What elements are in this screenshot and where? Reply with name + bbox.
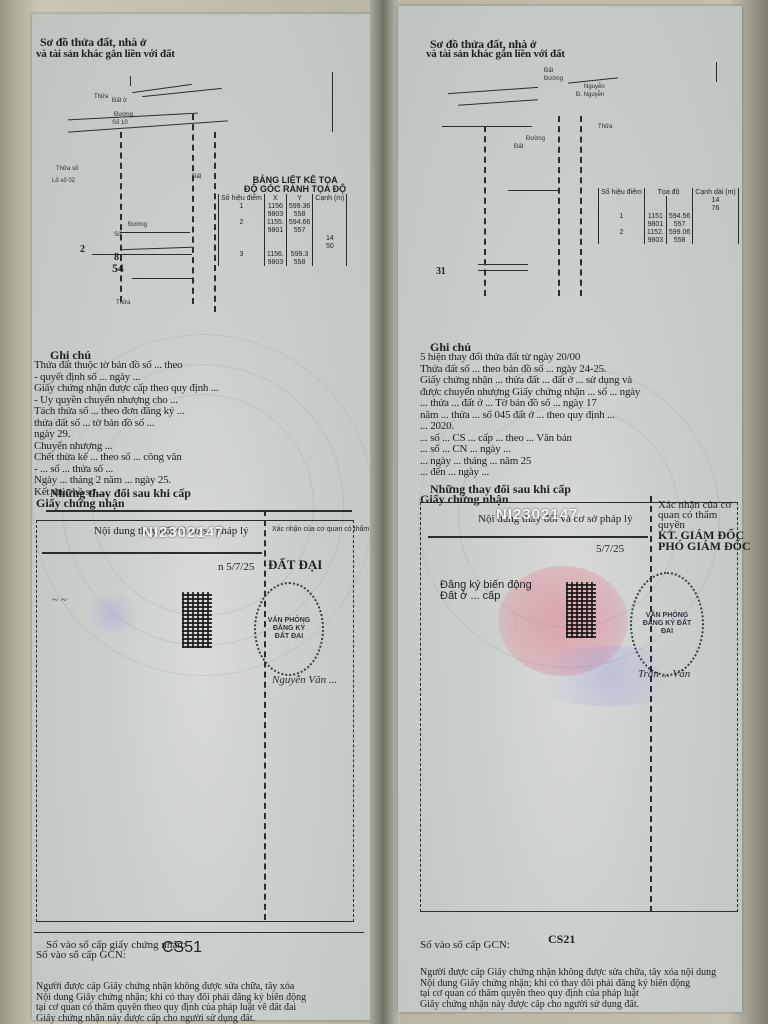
map-label: Đất <box>192 174 201 180</box>
coord-row: 9801557 <box>599 220 739 228</box>
coord-row: 11151594.56 <box>599 212 739 220</box>
entry-text: Đăng ký biến động Đất ở ... cấp <box>440 580 532 602</box>
text-line: năm ... thửa ... số 045 đất ở ... theo q… <box>420 410 738 422</box>
text-line: ... ngày ... tháng ... năm 25 <box>420 456 738 468</box>
map-label: Đất <box>544 68 553 74</box>
text-line: Chuyển nhượng ... <box>34 441 364 453</box>
left-changes-table <box>36 520 354 922</box>
text-line: tại cơ quan có thẩm quyền theo quy định … <box>420 989 736 1000</box>
confirm-title: KT. GIÁM ĐỐC PHÓ GIÁM ĐỐC <box>658 530 751 552</box>
left-heading-line1: Sơ đồ thửa đất, nhà ở <box>40 36 146 48</box>
coord-row: 14 <box>599 196 739 204</box>
official-seal: VĂN PHÒNG ĐĂNG KÝ ĐẤT ĐAI <box>630 572 704 676</box>
left-footer-paragraph: Người được cấp Giấy chứng nhận không đượ… <box>36 982 360 1024</box>
right-page: Sơ đồ thửa đất, nhà ở và tài sản khác gắ… <box>398 6 742 1012</box>
text-line: Ngày ... tháng 2 năm ... ngày 25. <box>34 475 364 487</box>
signature: Nguyễn Văn ... <box>272 674 337 686</box>
map-label: Số 10 <box>112 120 128 126</box>
map-label: Thửa số <box>56 166 78 172</box>
right-col2-header: Xác nhận của cơ quan có thẩm quyền <box>658 500 738 530</box>
map-label: Nguyễn <box>584 84 605 90</box>
text-line: Giấy chứng nhận này được cấp cho người s… <box>36 1014 360 1024</box>
text-line: Nội dung Giấy chứng nhận; khi có thay đổ… <box>420 979 736 990</box>
map-label: Đất <box>514 144 523 150</box>
text-line: Thửa đất thuộc tờ bản đồ số ... theo <box>34 360 364 372</box>
signature: Trần ... Văn <box>638 668 690 680</box>
qr-code <box>566 582 596 638</box>
qr-code <box>182 592 212 648</box>
coord-row: 9803558 <box>219 210 347 218</box>
left-page: Sơ đồ thửa đất, nhà ở và tài sản khác gắ… <box>32 14 372 1020</box>
map-label: 54 <box>112 262 124 274</box>
left-footer-number: CS51 <box>162 942 202 953</box>
coord-row: 14 <box>219 234 347 242</box>
text-line: ... số ... CN ... ngày ... <box>420 444 738 456</box>
text-line: thửa đất số ... tờ bản đồ số ... <box>34 418 364 430</box>
left-changes-title-2: Giấy chứng nhận <box>36 498 125 509</box>
text-line: Giấy chứng nhận được cấp theo quy định .… <box>34 383 364 395</box>
text-line: Giấy chứng nhận này được cấp cho người s… <box>420 1000 736 1011</box>
left-footer-line2: Số vào sổ cấp GCN: <box>36 950 126 961</box>
map-label: 2 <box>80 244 85 256</box>
coord-table-title: BẢNG LIỆT KÊ TỌA ĐỘ GÓC RANH TỌA ĐỘ <box>244 176 346 194</box>
map-label: Thửa <box>94 94 108 100</box>
coord-row: 9803558 <box>219 258 347 266</box>
coord-table: Số hiệu điểm X Y Cạnh (m) 11156599.36980… <box>218 194 347 266</box>
right-notes: 5 hiện thay đổi thửa đất từ ngày 20/00Th… <box>420 352 738 479</box>
text-line: ... đến ... ngày ... <box>420 467 738 479</box>
text-line: ... thửa ... đất ở ... Tờ bản đồ số ... … <box>420 398 738 410</box>
coord-table: Số hiệu điểm Tọa độ Cạnh dài (m) 1476111… <box>598 188 739 244</box>
right-heading-line2: và tài sản khác gắn liền với đất <box>426 48 565 60</box>
date-fragment: n 5/7/25 <box>218 562 254 573</box>
map-label: Thửa <box>598 124 612 130</box>
left-notes: Thửa đất thuộc tờ bản đồ số ... theo- qu… <box>34 360 364 498</box>
coord-row: 9801557 <box>219 226 347 234</box>
coord-row: 21152.599.06 <box>599 228 739 236</box>
text-line: Giấy chứng nhận ... thửa đất ... đất ở .… <box>420 375 738 387</box>
text-line: Người được cấp Giấy chứng nhận không đượ… <box>420 968 736 979</box>
text-line: Thửa đất số ... theo bản đồ số ... ngày … <box>420 364 738 376</box>
text-line: tại cơ quan có thẩm quyền theo quy định … <box>36 1003 360 1014</box>
coord-row: 50 <box>219 242 347 250</box>
coord-row: 9803558 <box>599 236 739 244</box>
text-line: được chuyển nhượng Giấy chứng nhận ... s… <box>420 387 738 399</box>
stamp-heading: ĐẤT ĐẠI <box>268 560 322 569</box>
coord-row: 11156599.36 <box>219 202 347 210</box>
coord-row: 76 <box>599 204 739 212</box>
map-label: Đường <box>128 222 147 228</box>
column-divider <box>650 496 652 912</box>
map-label: Đ. Nguyễn <box>576 92 604 98</box>
right-changes-table <box>420 502 738 912</box>
serial-number: NI2302147 <box>142 524 224 541</box>
text-line: Tách thửa số ... theo đơn đăng ký ... <box>34 406 364 418</box>
ink-tint <box>82 594 142 634</box>
coord-row: 21155.594.66 <box>219 218 347 226</box>
text-line: Người được cấp Giấy chứng nhận không đượ… <box>36 982 360 993</box>
text-line: Nội dung Giấy chứng nhận; khi có thay đổ… <box>36 993 360 1004</box>
map-label: Số <box>114 232 121 238</box>
text-line: - quyết định số ... ngày ... <box>34 372 364 384</box>
official-seal: VĂN PHÒNG ĐĂNG KÝ ĐẤT ĐAI <box>254 582 324 676</box>
date-fragment: 5/7/25 <box>596 544 624 555</box>
right-footer-paragraph: Người được cấp Giấy chứng nhận không đượ… <box>420 968 736 1010</box>
divider <box>46 510 352 512</box>
book-spine <box>370 0 400 1024</box>
text-line: - ... số ... thửa số ... <box>34 464 364 476</box>
text-line: ... 2020. <box>420 421 738 433</box>
map-label: Đường <box>526 136 545 142</box>
map-label: Lô số 02 <box>52 178 75 184</box>
serial-number: NI2302147 <box>496 506 578 523</box>
text-line: ngày 29. <box>34 429 364 441</box>
map-label: Đường <box>114 112 133 118</box>
coord-row: 31156.599.3 <box>219 250 347 258</box>
text-line: ... số ... CS ... cấp ... theo ... Văn b… <box>420 433 738 445</box>
left-heading-line2: và tài sản khác gắn liền với đất <box>36 48 175 60</box>
map-label: Thửa <box>116 300 130 306</box>
map-label: Đường <box>544 76 563 82</box>
column-divider <box>264 510 266 920</box>
text-line: 5 hiện thay đổi thửa đất từ ngày 20/00 <box>420 352 738 364</box>
text-line: - Ủy quyền chuyển nhượng cho ... <box>34 395 364 407</box>
right-footer-line1: Số vào sổ cấp GCN: <box>420 940 510 951</box>
text-line: Chết thừa kế ... theo số ... công văn <box>34 452 364 464</box>
right-footer-number: CS21 <box>548 934 575 945</box>
map-label: Đất ở <box>112 98 127 104</box>
